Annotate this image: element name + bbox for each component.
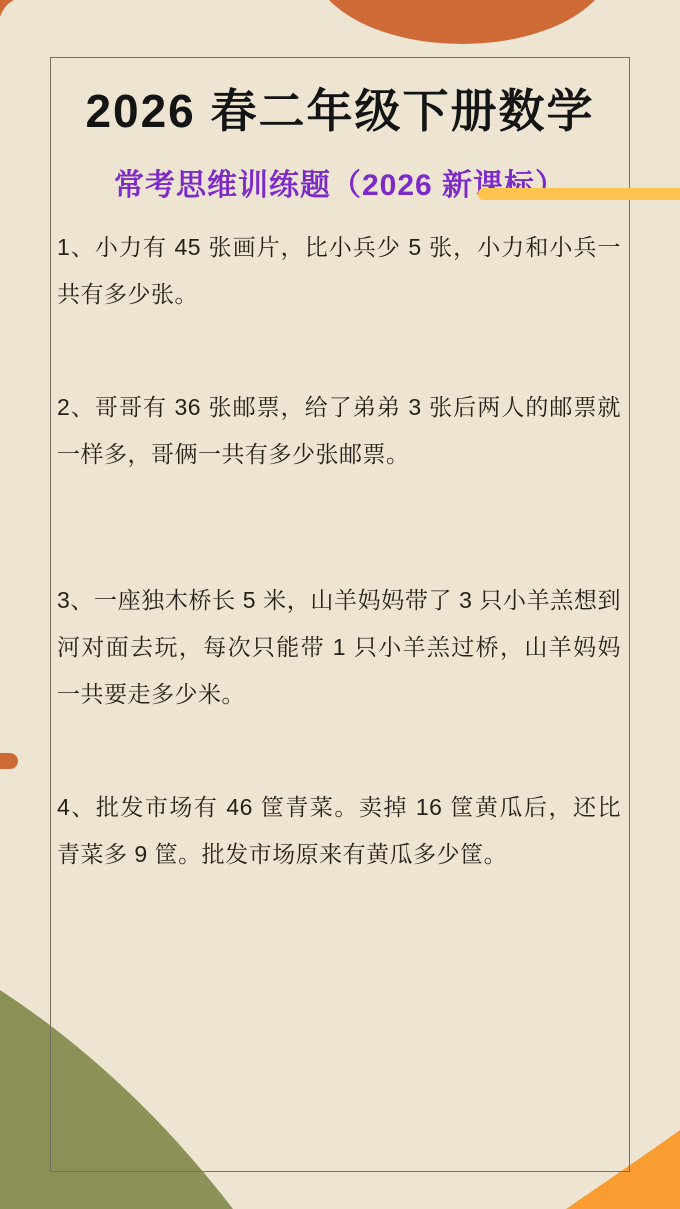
- worksheet-card: 2026 春二年级下册数学 常考思维训练题（2026 新课标） 1、小力有 45…: [50, 57, 630, 1172]
- top-ellipse-shape: [312, 0, 612, 44]
- question-item-1: 1、小力有 45 张画片，比小兵少 5 张，小力和小兵一共有多少张。: [57, 224, 621, 318]
- question-item-3: 3、一座独木桥长 5 米，山羊妈妈带了 3 只小羊羔想到河对面去玩，每次只能带 …: [57, 577, 621, 718]
- left-pill-shape: [0, 753, 18, 769]
- top-left-corner-shape: [0, 0, 14, 17]
- question-item-2: 2、哥哥有 36 张邮票，给了弟弟 3 张后两人的邮票就一样多，哥俩一共有多少张…: [57, 384, 621, 478]
- subtitle-highlight-bar: [478, 188, 680, 200]
- page-subtitle: 常考思维训练题（2026 新课标）: [51, 164, 629, 208]
- question-item-4: 4、批发市场有 46 筐青菜。卖掉 16 筐黄瓜后，还比青菜多 9 筐。批发市场…: [57, 784, 621, 878]
- page-title: 2026 春二年级下册数学: [51, 84, 629, 138]
- page-background: 2026 春二年级下册数学 常考思维训练题（2026 新课标） 1、小力有 45…: [0, 0, 680, 1209]
